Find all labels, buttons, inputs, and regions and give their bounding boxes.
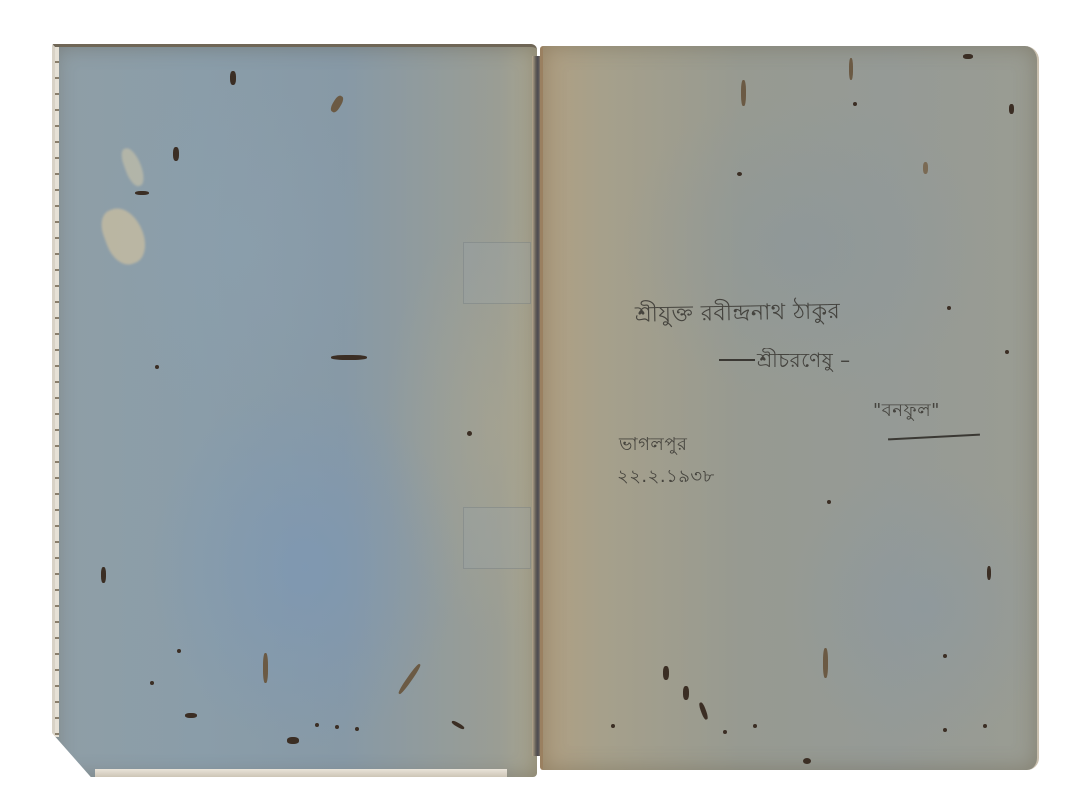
worm-hole — [397, 663, 422, 695]
worm-hole — [698, 702, 709, 721]
paper-stain — [96, 202, 152, 269]
worm-hole — [287, 737, 299, 744]
worn-bottom-edge — [95, 769, 507, 777]
worm-hole — [987, 566, 991, 580]
worm-hole — [943, 728, 947, 732]
spine-tape-patch-lower — [463, 507, 531, 569]
worm-hole — [823, 648, 828, 678]
worm-hole — [853, 102, 857, 106]
worm-hole — [947, 306, 951, 310]
worm-hole — [983, 724, 987, 728]
worm-hole — [663, 666, 669, 680]
worm-hole — [741, 80, 746, 106]
worm-hole — [683, 686, 689, 700]
date-text: ২২.২.১৯৩৮ — [617, 462, 715, 493]
worm-hole — [177, 649, 181, 653]
place-text: ভাগলপুর — [619, 430, 687, 461]
dedication-dash — [719, 359, 755, 361]
author-pen-name-text: "বনফুল" — [873, 396, 940, 427]
worm-hole — [611, 724, 615, 728]
worm-hole — [150, 681, 154, 685]
worm-hole — [331, 355, 367, 360]
worm-hole — [1009, 104, 1014, 114]
worm-hole — [355, 727, 359, 731]
worm-hole — [135, 191, 149, 195]
worm-hole — [963, 54, 973, 59]
worm-hole — [101, 567, 106, 583]
photo-scene: শ্রীযুক্ত রবীন্দ্রনাথ ঠাকুর শ্রীচরণেষু –… — [0, 0, 1080, 806]
paper-stain-small — [119, 145, 148, 188]
worm-hole — [753, 724, 757, 728]
worm-hole — [263, 653, 268, 683]
dedication-recipient-text: শ্রীযুক্ত রবীন্দ্রনাথ ঠাকুর — [635, 294, 841, 335]
worm-hole — [335, 725, 339, 729]
worm-hole — [803, 758, 811, 764]
worm-hole — [173, 147, 179, 161]
spine-tape-patch — [463, 242, 531, 304]
back-cover — [52, 44, 537, 777]
worn-left-edge — [55, 47, 59, 737]
worm-hole — [737, 172, 742, 176]
worm-hole — [723, 730, 727, 734]
worm-hole — [185, 713, 197, 718]
worm-hole — [1005, 350, 1009, 354]
worm-hole — [329, 94, 345, 114]
worm-hole — [230, 71, 236, 85]
pen-name-underline — [888, 434, 980, 441]
worm-hole — [315, 723, 319, 727]
worm-hole — [923, 162, 928, 174]
dedication-salutation-text: শ্রীচরণেষু – — [757, 346, 851, 379]
worm-hole — [827, 500, 831, 504]
worm-hole — [943, 654, 947, 658]
worm-hole — [467, 431, 472, 436]
worm-hole — [451, 720, 465, 730]
front-cover: শ্রীযুক্ত রবীন্দ্রনাথ ঠাকুর শ্রীচরণেষু –… — [540, 46, 1039, 770]
worm-hole — [155, 365, 159, 369]
worm-hole — [849, 58, 853, 80]
